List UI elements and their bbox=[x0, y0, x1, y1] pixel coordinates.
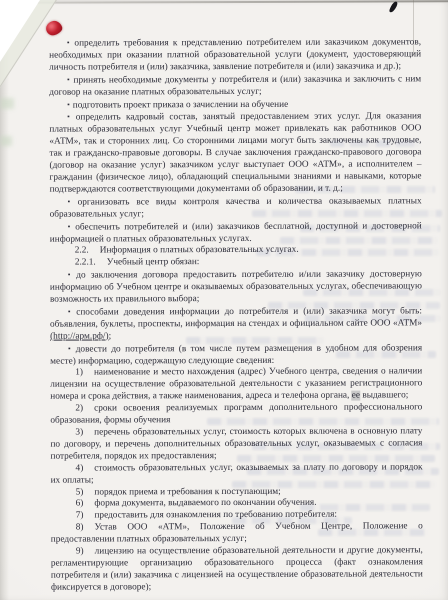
paragraph: ▪подготовить проект приказа о зачислении… bbox=[49, 98, 421, 112]
url-text: (http://арм.рф/) bbox=[50, 331, 109, 341]
paragraph-text: способами доведения информации до потреб… bbox=[50, 306, 422, 329]
paragraph-text: принять необходимые документы у потребит… bbox=[49, 74, 421, 97]
bullet-marker: ▪ bbox=[67, 75, 70, 83]
paragraph: ▪довести до потребителя (в том числе пут… bbox=[50, 342, 422, 368]
paragraph: 8)Устав ООО «АТМ», Положение об Учебном … bbox=[51, 522, 423, 547]
green-smudge bbox=[0, 136, 12, 146]
clause-number: 6) bbox=[76, 499, 84, 511]
paragraph-text: ; bbox=[109, 331, 112, 341]
paragraph-text: сроки освоения реализуемых программ допо… bbox=[50, 403, 422, 426]
paragraph-text: лицензию на осуществление образовательно… bbox=[51, 545, 423, 592]
paragraph-text: порядок приема и требования к поступающи… bbox=[94, 486, 280, 497]
pen-stroke-mark bbox=[389, 1, 399, 14]
paragraph-text: стоимость образовательных услуг, оказыва… bbox=[51, 462, 423, 485]
clause-number: 2.2.1. bbox=[75, 258, 96, 270]
paragraph-text: обеспечить потребителей и (или) заказчик… bbox=[50, 221, 422, 244]
clause-number: 2) bbox=[75, 404, 83, 416]
paragraph: ▪принять необходимые документы у потреби… bbox=[49, 73, 421, 99]
paragraph-text: Устав ООО «АТМ», Положение об Учебном Це… bbox=[51, 522, 423, 545]
clause-number: 1) bbox=[75, 368, 83, 380]
paragraph-text: до заключения договора предоставить потр… bbox=[50, 270, 422, 305]
clause-number: 8) bbox=[76, 523, 84, 535]
paragraph-text: определить требования к представлению по… bbox=[49, 37, 421, 72]
paragraph: ▪определить кадровый состав, занятый пре… bbox=[49, 111, 421, 197]
document-text: ▪определить требования к представлению п… bbox=[49, 36, 423, 594]
paragraph-text: форма документа, выдаваемого по окончани… bbox=[94, 498, 316, 509]
paragraph: 2)сроки освоения реализуемых программ до… bbox=[50, 403, 422, 428]
bullet-marker: ▪ bbox=[68, 222, 73, 230]
paragraph-text: подготовить проект приказа о зачислении … bbox=[73, 99, 289, 110]
paragraph-text: Информация о платных образовательных усл… bbox=[100, 245, 299, 256]
bullet-marker: ▪ bbox=[67, 39, 71, 47]
highlighted-text: ее bbox=[352, 391, 360, 401]
bullet-marker: ▪ bbox=[68, 344, 73, 352]
paragraph-text: организовать все виды контроля качества … bbox=[50, 196, 422, 219]
green-smudge bbox=[0, 98, 14, 109]
paragraph: ▪организовать все виды контроля качества… bbox=[50, 195, 422, 221]
paragraph: ▪обеспечить потребителей и (или) заказчи… bbox=[50, 220, 422, 246]
paragraph-text: определить кадровый состав, занятый пред… bbox=[49, 112, 421, 195]
clause-number: 5) bbox=[76, 487, 84, 499]
clause-number: 7) bbox=[76, 511, 84, 523]
red-seal-mark bbox=[44, 19, 64, 37]
paragraph-text: предоставить для ознакомления по требова… bbox=[94, 510, 337, 521]
paragraph-text: довести до потребителя (в том числе путе… bbox=[50, 343, 422, 366]
clause-number: 4) bbox=[76, 463, 84, 475]
bullet-marker: ▪ bbox=[68, 308, 73, 316]
clause-number: 3) bbox=[75, 428, 83, 440]
paragraph: ▪способами доведения информации до потре… bbox=[50, 305, 422, 343]
bullet-marker: ▪ bbox=[68, 197, 75, 205]
bullet-marker: ▪ bbox=[67, 113, 72, 121]
clause-number: 2.2. bbox=[75, 246, 89, 258]
paragraph: 1)наименование и место нахождения (адрес… bbox=[50, 367, 422, 404]
page-left-edge-shadow bbox=[0, 0, 9, 600]
paragraph: 4)стоимость образовательных услуг, оказы… bbox=[51, 462, 423, 487]
scanned-page: ▪определить требования к представлению п… bbox=[0, 0, 448, 600]
clause-number: 9) bbox=[76, 547, 84, 559]
scan-top-edge-line bbox=[30, 0, 448, 3]
paragraph: ▪определить требования к представлению п… bbox=[49, 36, 421, 74]
bullet-marker: ▪ bbox=[67, 100, 70, 108]
paragraph: ▪до заключения договора предоставить пот… bbox=[50, 269, 422, 307]
paragraph-text: перечень образовательных услуг, стоимост… bbox=[50, 426, 422, 461]
paragraph: 9)лицензию на осуществление образователь… bbox=[51, 545, 423, 594]
bullet-marker: ▪ bbox=[68, 271, 73, 279]
paragraph-text: выдавшего; bbox=[360, 391, 408, 401]
paragraph-text: Учебный центр обязан: bbox=[107, 257, 200, 267]
paragraph: 3)перечень образовательных услуг, стоимо… bbox=[50, 426, 422, 463]
